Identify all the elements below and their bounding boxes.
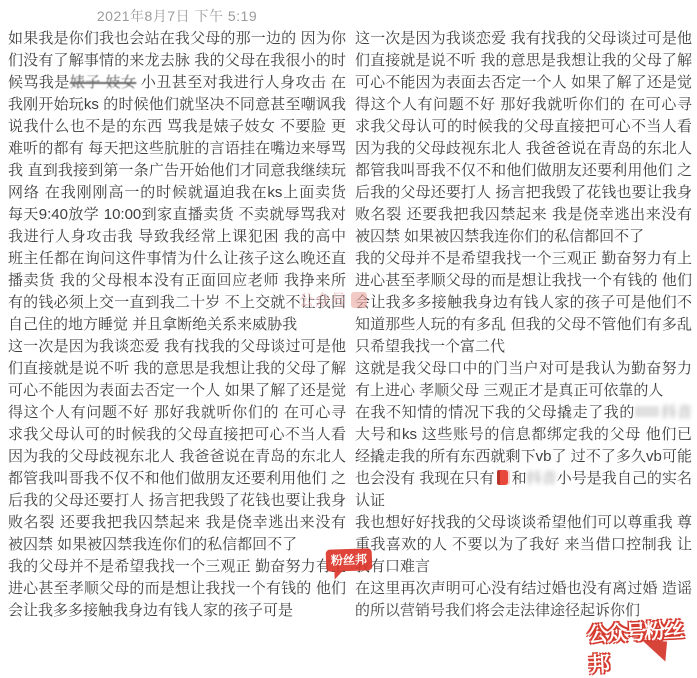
left-text-column: 如果我是你们我也会站在我父母的那一边的 因为你们没有了解事情的来龙去脉 我的父母…: [8, 28, 346, 622]
redaction-smear: [635, 406, 659, 417]
paragraph: 我的父母并不是希望我找一个三观正 勤奋努力有上进心甚至孝顺父母的而是想让我找一个…: [355, 248, 692, 358]
paragraph: 在这里再次声明可心没有结过婚也没有离过婚 造谣的所以营销号我们将会走法律途径起诉…: [355, 578, 692, 622]
right-text-column: 这一次是因为我谈恋爱 我有找我的父母谈过可是他们直接就是说不听 我的意思是我想让…: [355, 28, 692, 622]
paragraph: 这一次是因为我谈恋爱 我有找我的父母谈过可是他们直接就是说不听 我的意思是我想让…: [355, 28, 692, 248]
paragraph: 这就是我父母口中的门当户对可是我认为勤奋努力 有上进心 孝顺父母 三观正才是真正…: [355, 358, 692, 402]
paragraph: 我的父母并不是希望我找一个三观正 勤奋努力有上进心甚至孝顺父母的而是想让我找一个…: [8, 556, 346, 622]
paragraph-text: 在我不知情的情况下我的父母撬走了我的: [355, 404, 635, 421]
censored-struck-text: 婊子 妓女: [70, 74, 136, 91]
paragraph: 这一次是因为我谈恋爱 我有找我的父母谈过可是他们直接就是说不听 我的意思是我想让…: [8, 336, 346, 556]
statement-screenshot: 2021年8月7日 下午 5:19 如果我是你们我也会站在我父母的那一边的 因为…: [0, 0, 697, 678]
speech-bubble-tail-icon: [639, 639, 667, 661]
watermark-corner-logo: 公众号粉丝邦: [587, 613, 697, 678]
watermark-corner-text: 公众号粉丝邦: [587, 619, 683, 677]
redacted-blurred-text: 抖音: [661, 404, 692, 421]
red-book-emoji: [497, 470, 510, 485]
paragraph: 我也想好好找我的父母谈谈希望他们可以尊重我 尊重我喜欢的人 不要以为了我好 来当…: [355, 512, 692, 578]
redacted-blurred-text: 抖音: [527, 470, 557, 487]
message-timestamp: 2021年8月7日 下午 5:19: [8, 6, 346, 26]
paragraph-text: 小丑甚至对我进行人身攻击 在我刚开始玩ks 的时候他们就坚决不同意甚至嘲讽我 说…: [8, 74, 346, 333]
paragraph-text: 和: [512, 470, 527, 487]
paragraph: 如果我是你们我也会站在我父母的那一边的 因为你们没有了解事情的来龙去脉 我的父母…: [8, 28, 346, 336]
paragraph: 在我不知情的情况下我的父母撬走了我的抖音大号和ks 这些账号的信息都绑定我的父母…: [355, 402, 692, 512]
